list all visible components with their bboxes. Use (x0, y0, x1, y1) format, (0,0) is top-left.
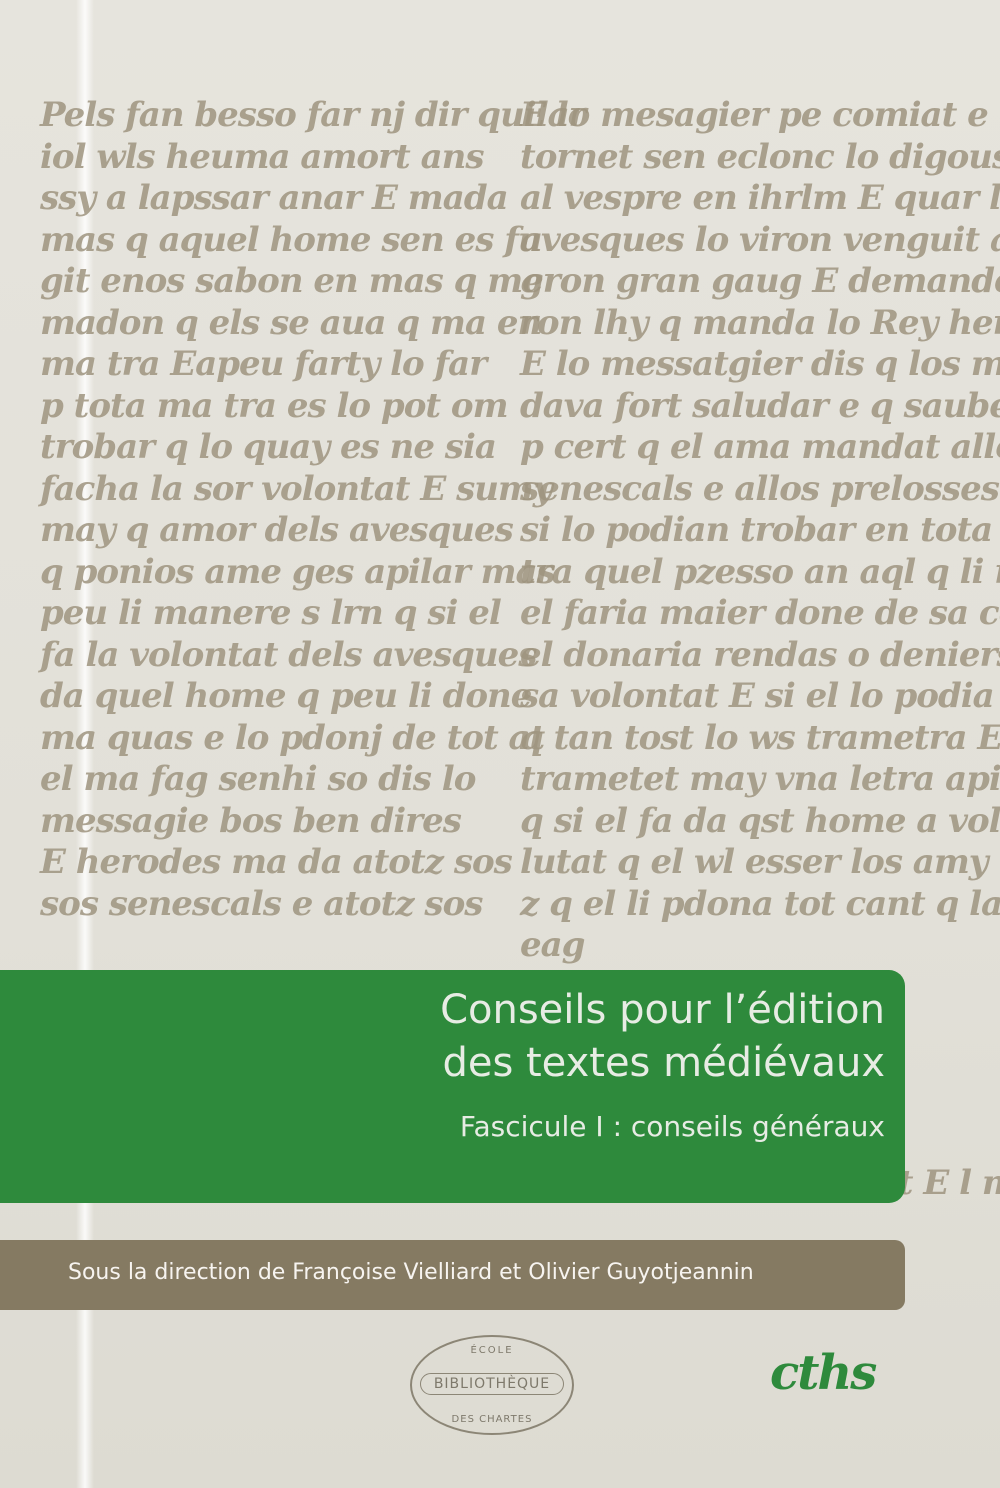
manuscript-line: sa volontat E si el lo podia auer (520, 676, 1000, 718)
stamp-bottom-text: DES CHARTES (412, 1414, 572, 1425)
stamp-top-text: ÉCOLE (412, 1345, 572, 1356)
manuscript-line: facha la sor volontat E sumy (40, 469, 586, 511)
publisher-logo: cths (770, 1345, 875, 1401)
manuscript-line: el ma fag senhi so dis lo (40, 759, 586, 801)
manuscript-line: el donaria rendas o deniers a (520, 635, 1000, 677)
manuscript-line: sos senescals e atotz sos (40, 884, 586, 926)
manuscript-line: da quel home q peu li done (40, 676, 586, 718)
manuscript-line: el faria maier done de sa cort (520, 593, 1000, 635)
book-title: Conseils pour l’édition des textes médié… (440, 984, 885, 1090)
manuscript-line: q si el fa da qst home a volstra w (520, 801, 1000, 843)
stamp-middle-text: BIBLIOTHÈQUE (420, 1373, 564, 1395)
manuscript-line: tornet sen eclonc lo digous (520, 137, 1000, 179)
manuscript-line: si lo podian trobar en tota la le (520, 510, 1000, 552)
title-line-1: Conseils pour l’édition (440, 984, 885, 1037)
manuscript-line: ron lhy q manda lo Rey herodes (520, 303, 1000, 345)
manuscript-line: trametet may vna letra apilat (520, 759, 1000, 801)
manuscript-line: E lo mesagier pe comiat e (520, 95, 1000, 137)
book-subtitle: Fascicule I : conseils généraux (460, 1110, 885, 1143)
manuscript-line: peu li manere s lrn q si el (40, 593, 586, 635)
manuscript-line: p cert q el ama mandat allos (520, 427, 1000, 469)
manuscript-line: trobar q lo quay es ne sia (40, 427, 586, 469)
editors-text: Sous la direction de Françoise Vielliard… (68, 1260, 754, 1285)
manuscript-line: q tan tost lo ws trametra E (520, 718, 1000, 760)
manuscript-line: ma tra Eapeu farty lo far (40, 344, 586, 386)
manuscript-line: z q el li pdona tot cant q la fort (520, 884, 1000, 926)
manuscript-line: p tota ma tra es lo pot om (40, 386, 586, 428)
title-line-2: des textes médiévaux (440, 1037, 885, 1090)
manuscript-line: gron gran gaug E demande (520, 261, 1000, 303)
manuscript-line: may q amor dels avesques (40, 510, 586, 552)
manuscript-right-column: E lo mesagier pe comiat etornet sen eclo… (520, 95, 1000, 967)
manuscript-line: dava fort saludar e q saubesso (520, 386, 1000, 428)
manuscript-line: ssy a lapssar anar E mada (40, 178, 586, 220)
manuscript-line: ma quas e lo pdonj de tot at (40, 718, 586, 760)
book-cover: Pels fan besso far nj dir quilariol wls … (0, 0, 1000, 1488)
manuscript-line: q ponios ame ges apilar mas (40, 552, 586, 594)
manuscript-line: Pels fan besso far nj dir quilar (40, 95, 586, 137)
manuscript-line: eag (520, 925, 1000, 967)
manuscript-line: E lo messatgier dis q los ma (520, 344, 1000, 386)
manuscript-line: tra quel pzesso an aql q li redria (520, 552, 1000, 594)
manuscript-line: git enos sabon en mas q me (40, 261, 586, 303)
manuscript-line: messagie bos ben dires (40, 801, 586, 843)
manuscript-line: al vespre en ihrlm E quar los (520, 178, 1000, 220)
manuscript-line: E herodes ma da atotz sos (40, 842, 586, 884)
editors-bar: Sous la direction de Françoise Vielliard… (0, 1240, 905, 1310)
library-stamp: ÉCOLE BIBLIOTHÈQUE DES CHARTES (410, 1335, 574, 1435)
manuscript-line: lutat q el wl esser los amy (520, 842, 1000, 884)
manuscript-left-column: Pels fan besso far nj dir quilariol wls … (40, 95, 586, 925)
manuscript-line: fa la volontat dels avesques (40, 635, 586, 677)
manuscript-line: mas q aquel home sen es fu (40, 220, 586, 262)
title-band: Conseils pour l’édition des textes médié… (0, 970, 905, 1203)
manuscript-line: avesques lo viron venguit a (520, 220, 1000, 262)
manuscript-line: iol wls heuma amort ans (40, 137, 586, 179)
manuscript-line: madon q els se aua q ma en (40, 303, 586, 345)
manuscript-line: senescals e allos prelosses que (520, 469, 1000, 511)
